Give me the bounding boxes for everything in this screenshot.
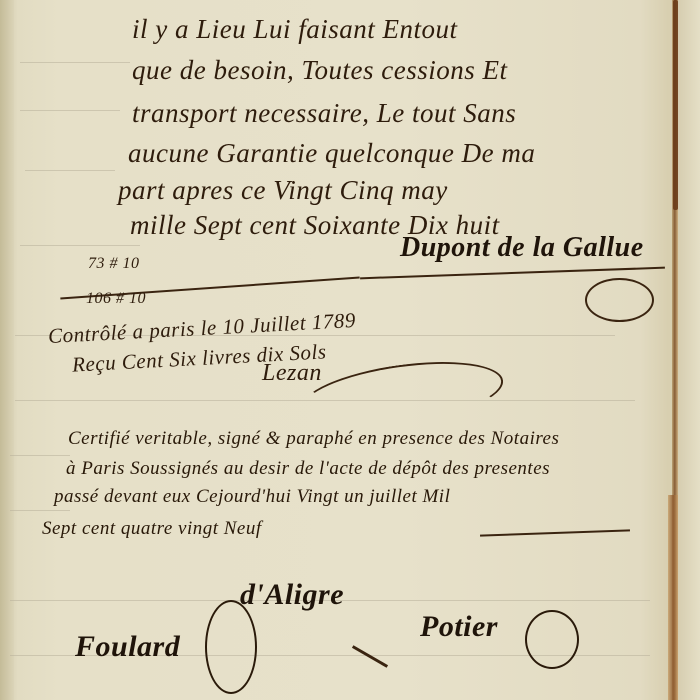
bleed-through-line: [10, 510, 70, 511]
fold-stain-bottom: [668, 495, 678, 700]
adjacent-page-edge: [678, 0, 700, 700]
bleed-through-line: [20, 110, 120, 111]
main-text-line-5: part apres ce Vingt Cinq may: [118, 175, 448, 206]
signature-flourish: [585, 278, 654, 322]
signature-foulard: Foulard: [75, 630, 180, 664]
manuscript-page: il y a Lieu Lui faisant Entout que de be…: [0, 0, 700, 700]
main-text-line-3: transport necessaire, Le tout Sans: [132, 98, 516, 129]
page-edge-shadow: [0, 0, 14, 700]
main-text-line-2: que de besoin, Toutes cessions Et: [132, 55, 507, 86]
main-text-line-1: il y a Lieu Lui faisant Entout: [132, 14, 458, 45]
bleed-through-line: [20, 62, 130, 63]
paraph-potier: [525, 610, 579, 669]
certification-line-4: Sept cent quatre vingt Neuf: [42, 518, 262, 540]
paraph-stroke: [352, 645, 388, 668]
certification-line-2: à Paris Soussignés au desir de l'acte de…: [66, 458, 550, 480]
fold-stain-top: [673, 0, 678, 210]
control-signature-lezan: Lezan: [262, 360, 322, 387]
signature-daligre: d'Aligre: [240, 578, 344, 612]
main-text-line-4: aucune Garantie quelconque De ma: [128, 138, 535, 169]
paraph-daligre: [205, 600, 257, 694]
accounting-figure-top: 73 # 10: [88, 255, 140, 273]
certification-line-1: Certifié veritable, signé & paraphé en p…: [68, 428, 559, 450]
signature-dupont: Dupont de la Gallue: [400, 232, 644, 264]
certification-end-flourish: [480, 529, 630, 536]
accounting-figure-bottom: 106 # 10: [86, 290, 146, 308]
bleed-through-line: [10, 455, 70, 456]
signature-potier: Potier: [420, 610, 498, 644]
control-signature-flourish: [297, 351, 507, 438]
certification-line-3: passé devant eux Cejourd'hui Vingt un ju…: [54, 486, 450, 508]
bleed-through-line: [20, 245, 140, 246]
bleed-through-line: [25, 170, 115, 171]
